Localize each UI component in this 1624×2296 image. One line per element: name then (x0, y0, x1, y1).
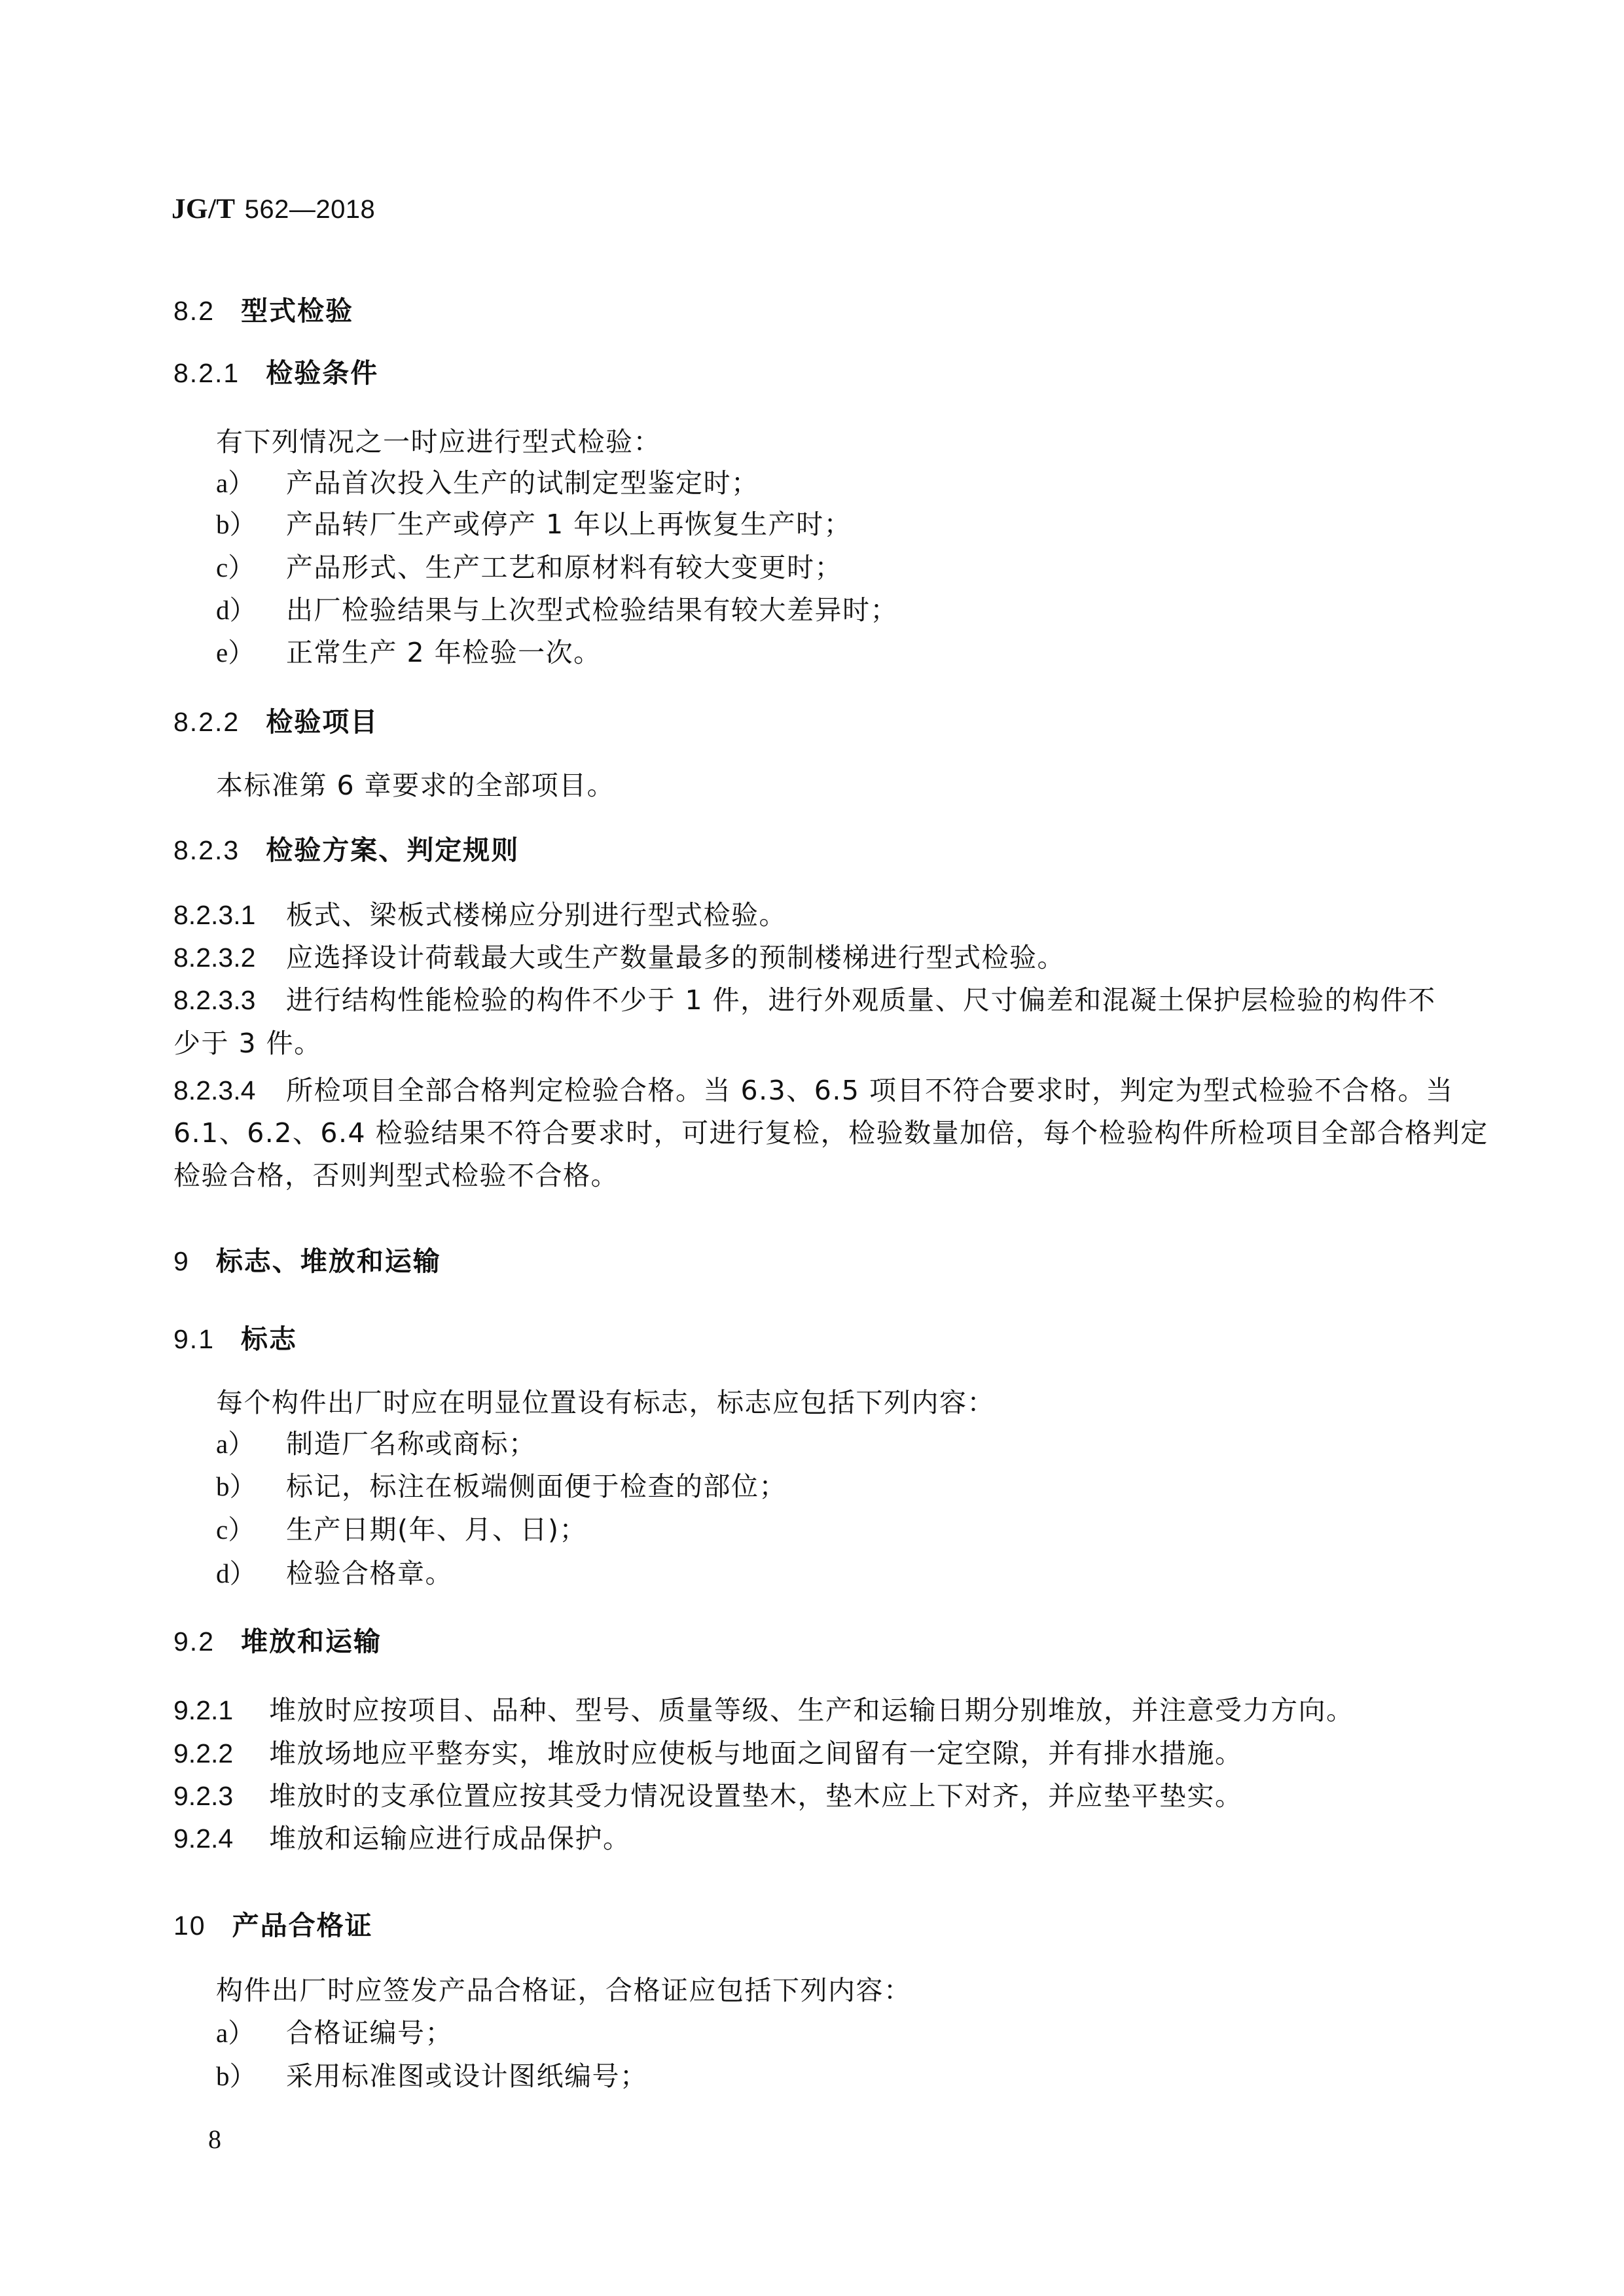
section-number: 9.1 (173, 1323, 215, 1355)
section-title: 型式检验 (241, 295, 353, 327)
list-item: a）制造厂名称或商标； (216, 1427, 537, 1460)
list-marker: b） (216, 1470, 286, 1503)
clause-number: 9.2.1 (173, 1694, 269, 1727)
paragraph: 构件出厂时应签发产品合格证，合格证应包括下列内容： (216, 1974, 912, 2007)
list-item: c）生产日期(年、月、日)； (216, 1513, 587, 1546)
list-text: 合格证编号； (286, 2017, 453, 2049)
list-marker: c） (216, 551, 286, 584)
clause-number: 8.2.3.1 (173, 899, 286, 931)
clause-text: 所检项目全部合格判定检验合格。当 6.3、6.5 项目不符合要求时，判定为型式检… (286, 1075, 1453, 1106)
clause-text: 板式、梁板式楼梯应分别进行型式检验。 (286, 899, 787, 931)
list-item: d）检验合格章。 (216, 1557, 453, 1590)
clause-8-2-3-2: 8.2.3.2应选择设计荷载最大或生产数量最多的预制楼梯进行型式检验。 (173, 941, 1065, 974)
heading-8-2-2: 8.2.2检验项目 (173, 706, 378, 738)
section-number: 9.2 (173, 1625, 215, 1658)
list-marker: d） (216, 1557, 286, 1590)
chapter-number: 9 (173, 1245, 190, 1278)
heading-8-2-1: 8.2.1检验条件 (173, 357, 378, 389)
clause-text: 堆放和运输应进行成品保护。 (269, 1823, 631, 1854)
list-item: a）产品首次投入生产的试制定型鉴定时； (216, 467, 759, 499)
clause-9-2-4: 9.2.4堆放和运输应进行成品保护。 (173, 1822, 631, 1855)
clause-text: 进行结构性能检验的构件不少于 1 件，进行外观质量、尺寸偏差和混凝土保护层检验的… (286, 984, 1436, 1016)
clause-8-2-3-1: 8.2.3.1板式、梁板式楼梯应分别进行型式检验。 (173, 899, 787, 931)
heading-10: 10产品合格证 (173, 1909, 373, 1942)
page-number: 8 (208, 2123, 221, 2156)
section-number: 8.2.2 (173, 706, 240, 738)
clause-text: 应选择设计荷载最大或生产数量最多的预制楼梯进行型式检验。 (286, 942, 1065, 973)
list-text: 检验合格章。 (286, 1558, 453, 1589)
list-item: c）产品形式、生产工艺和原材料有较大变更时； (216, 551, 842, 584)
list-item: a）合格证编号； (216, 2017, 453, 2049)
list-marker: c） (216, 1513, 286, 1546)
list-item: b）采用标准图或设计图纸编号； (216, 2060, 648, 2092)
list-text: 标记，标注在板端侧面便于检查的部位； (286, 1471, 787, 1502)
clause-text: 堆放时的支承位置应按其受力情况设置垫木，垫木应上下对齐，并应垫平垫实。 (269, 1780, 1243, 1812)
paragraph: 本标准第 6 章要求的全部项目。 (216, 769, 615, 802)
clause-9-2-1: 9.2.1堆放时应按项目、品种、型号、质量等级、生产和运输日期分别堆放，并注意受… (173, 1694, 1354, 1727)
list-text: 出厂检验结果与上次型式检验结果有较大差异时； (286, 594, 898, 626)
list-item: d）出厂检验结果与上次型式检验结果有较大差异时； (216, 594, 898, 626)
section-title: 标志 (241, 1323, 297, 1355)
list-marker: a） (216, 2017, 286, 2049)
section-number: 8.2.1 (173, 357, 240, 389)
paragraph: 有下列情况之一时应进行型式检验： (216, 425, 661, 458)
standard-number: 562—2018 (245, 195, 376, 224)
list-marker: b） (216, 2060, 286, 2092)
clause-text: 堆放场地应平整夯实，堆放时应使板与地面之间留有一定空隙，并有排水措施。 (269, 1738, 1243, 1769)
clause-number: 8.2.3.3 (173, 984, 286, 1016)
clause-number: 9.2.4 (173, 1822, 269, 1855)
list-item: b）产品转厂生产或停产 1 年以上再恢复生产时； (216, 508, 852, 541)
section-title: 检验条件 (266, 357, 378, 389)
list-marker: a） (216, 467, 286, 499)
clause-8-2-3-3: 8.2.3.3进行结构性能检验的构件不少于 1 件，进行外观质量、尺寸偏差和混凝… (173, 984, 1436, 1016)
list-text: 产品转厂生产或停产 1 年以上再恢复生产时； (286, 509, 852, 540)
clause-continuation: 检验合格，否则判型式检验不合格。 (173, 1159, 619, 1192)
clause-8-2-3-4: 8.2.3.4所检项目全部合格判定检验合格。当 6.3、6.5 项目不符合要求时… (173, 1074, 1453, 1107)
list-text: 制造厂名称或商标； (286, 1428, 537, 1460)
list-item: e）正常生产 2 年检验一次。 (216, 636, 602, 669)
heading-8-2: 8.2型式检验 (173, 295, 353, 327)
clause-continuation: 少于 3 件。 (173, 1027, 322, 1060)
list-text: 产品首次投入生产的试制定型鉴定时； (286, 467, 759, 499)
heading-9-2: 9.2堆放和运输 (173, 1625, 382, 1658)
section-number: 8.2 (173, 295, 215, 327)
heading-9: 9标志、堆放和运输 (173, 1245, 441, 1278)
list-text: 正常生产 2 年检验一次。 (286, 637, 602, 668)
heading-9-1: 9.1标志 (173, 1323, 297, 1355)
list-marker: e） (216, 636, 286, 669)
list-text: 采用标准图或设计图纸编号； (286, 2060, 648, 2092)
list-marker: b） (216, 508, 286, 541)
clause-text: 堆放时应按项目、品种、型号、质量等级、生产和运输日期分别堆放，并注意受力方向。 (269, 1695, 1354, 1726)
running-header: JG/T562—2018 (171, 193, 375, 226)
clause-number: 9.2.3 (173, 1780, 269, 1812)
clause-number: 8.2.3.2 (173, 941, 286, 974)
heading-8-2-3: 8.2.3检验方案、判定规则 (173, 834, 519, 867)
standard-code: JG/T (171, 194, 236, 224)
section-title: 堆放和运输 (241, 1626, 382, 1657)
clause-number: 9.2.2 (173, 1737, 269, 1770)
list-marker: d） (216, 594, 286, 626)
section-title: 检验项目 (266, 706, 378, 738)
chapter-number: 10 (173, 1909, 206, 1942)
clause-9-2-3: 9.2.3堆放时的支承位置应按其受力情况设置垫木，垫木应上下对齐，并应垫平垫实。 (173, 1780, 1243, 1812)
clause-9-2-2: 9.2.2堆放场地应平整夯实，堆放时应使板与地面之间留有一定空隙，并有排水措施。 (173, 1737, 1243, 1770)
paragraph: 每个构件出厂时应在明显位置设有标志，标志应包括下列内容： (216, 1386, 995, 1419)
section-number: 8.2.3 (173, 834, 240, 867)
list-text: 生产日期(年、月、日)； (286, 1514, 587, 1545)
section-title: 检验方案、判定规则 (266, 834, 519, 866)
list-item: b）标记，标注在板端侧面便于检查的部位； (216, 1470, 787, 1503)
clause-number: 8.2.3.4 (173, 1074, 286, 1107)
list-text: 产品形式、生产工艺和原材料有较大变更时； (286, 552, 842, 583)
chapter-title: 标志、堆放和运输 (216, 1246, 441, 1277)
list-marker: a） (216, 1427, 286, 1460)
clause-continuation: 6.1、6.2、6.4 检验结果不符合要求时，可进行复检，检验数量加倍，每个检验… (173, 1117, 1489, 1149)
chapter-title: 产品合格证 (232, 1910, 373, 1941)
